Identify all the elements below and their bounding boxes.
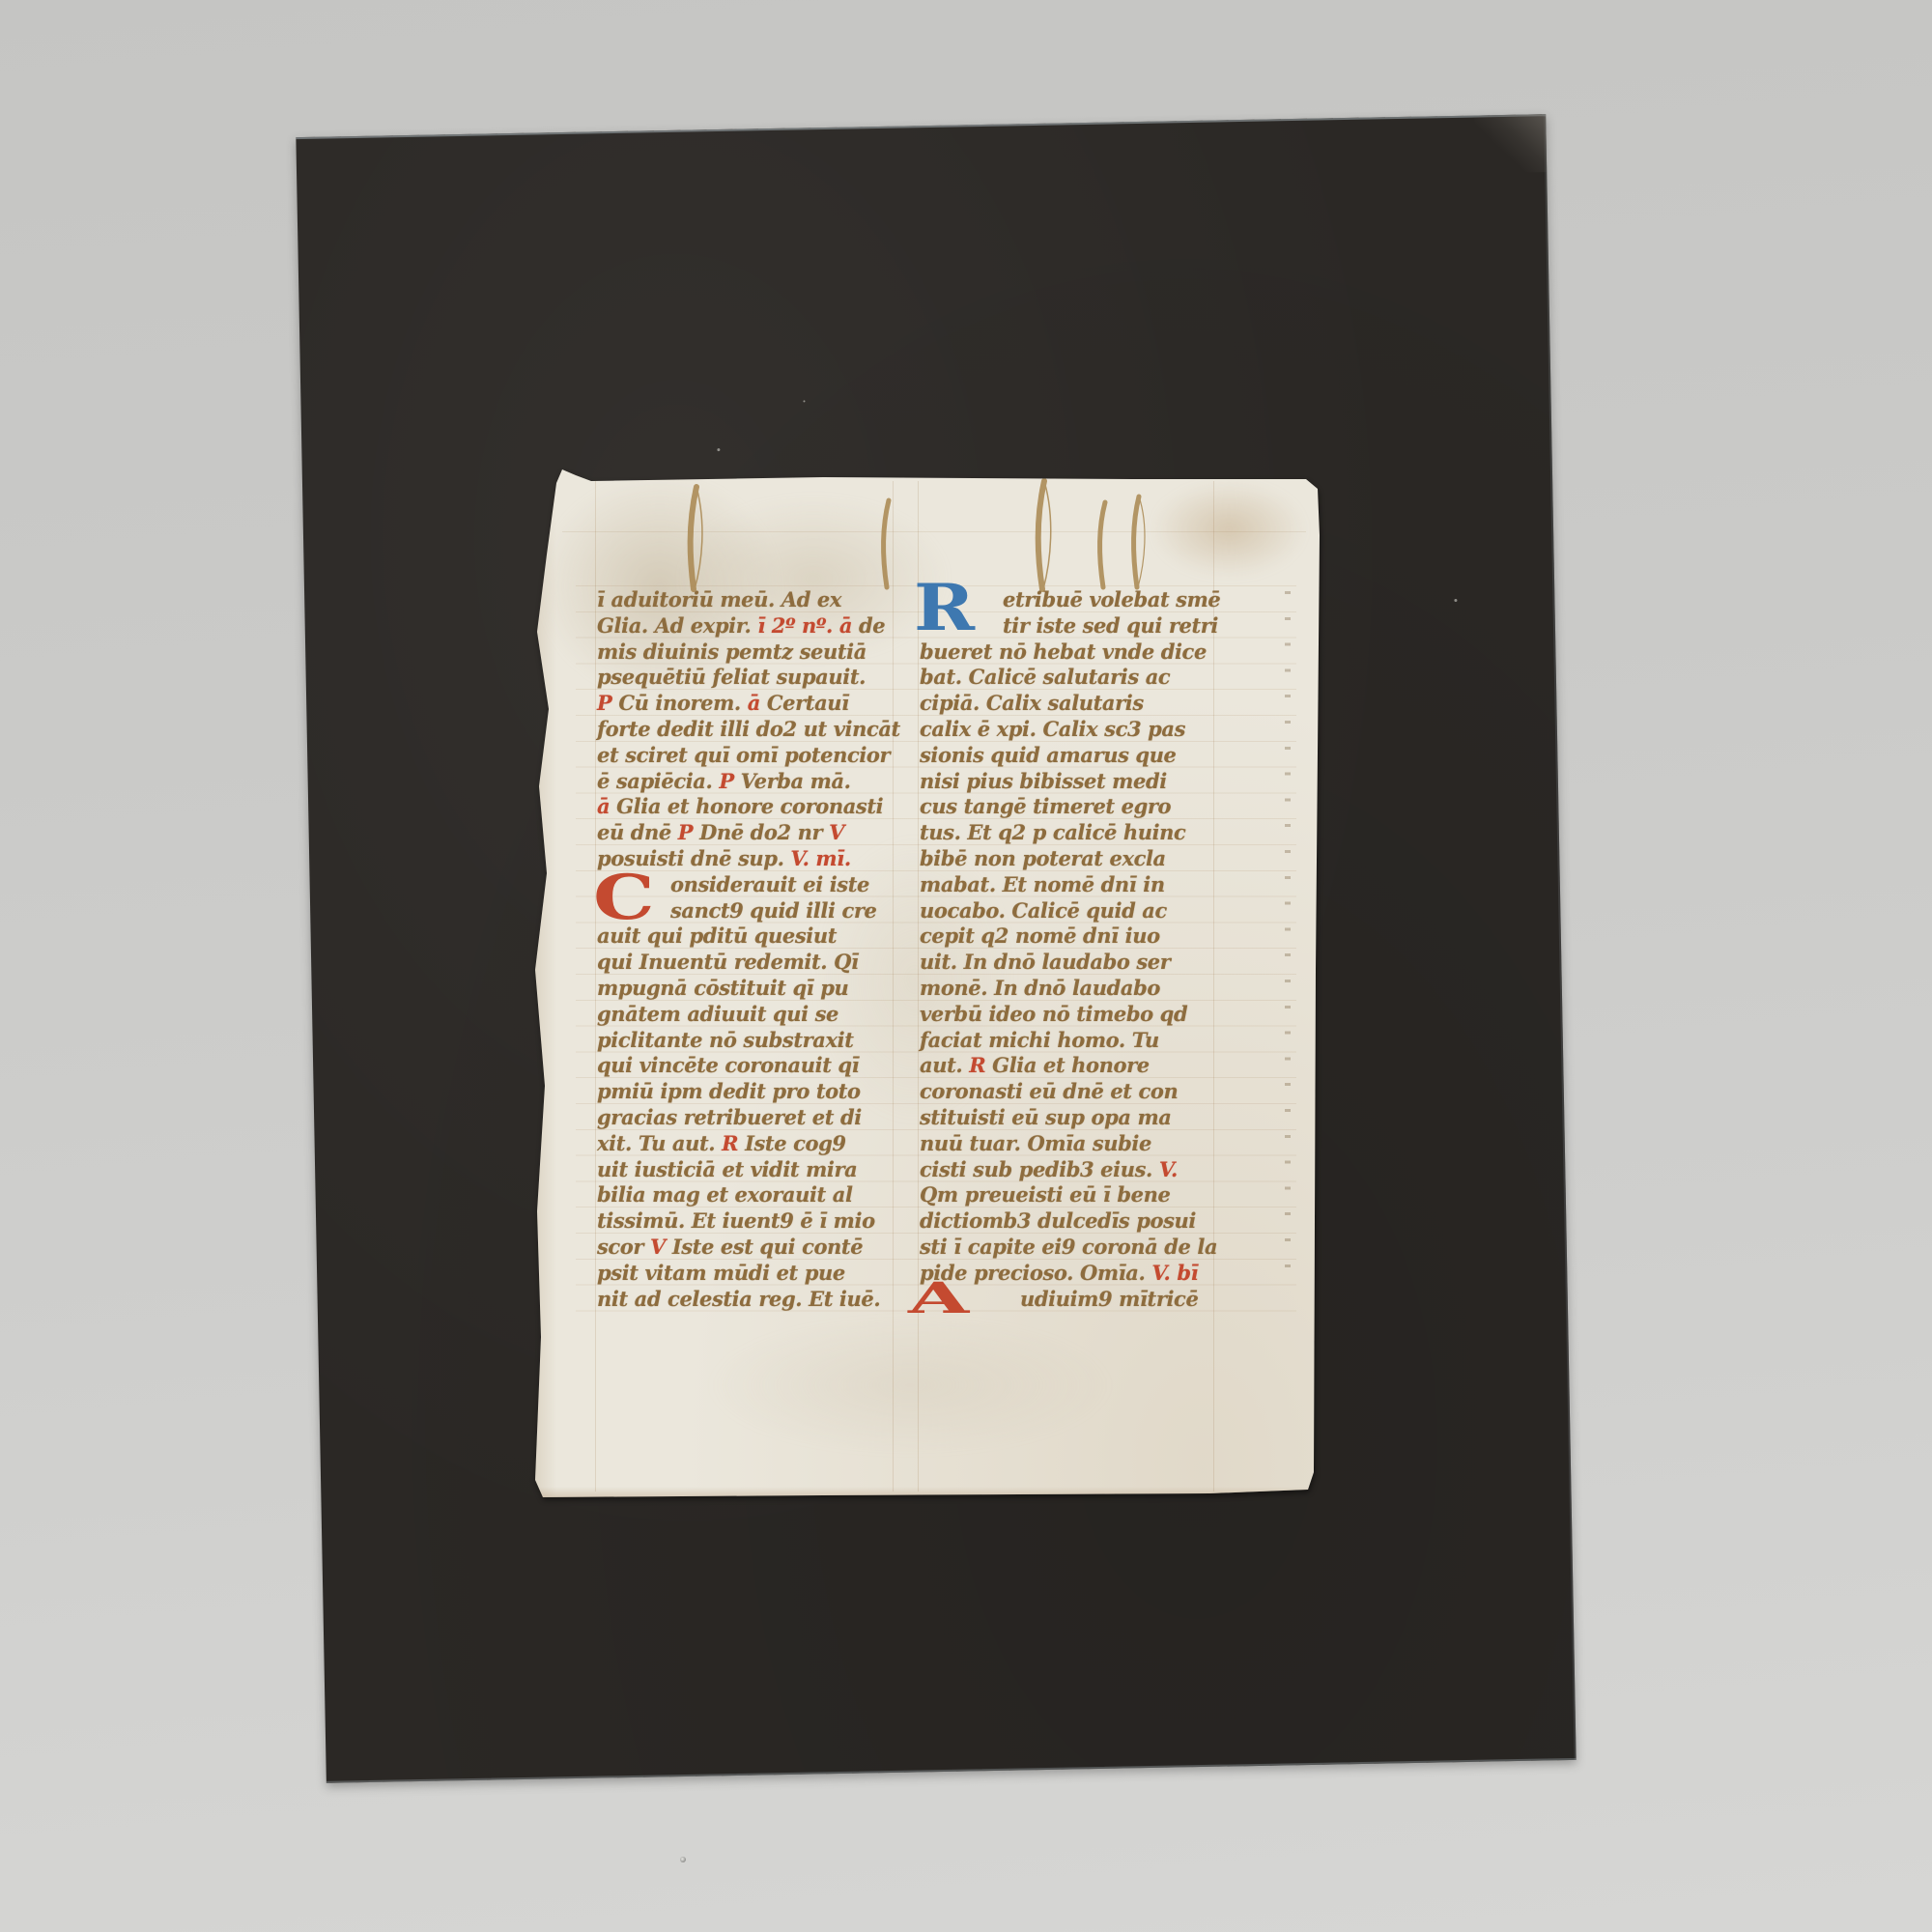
manuscript-line: cus tangē timeret egro: [920, 794, 1217, 820]
manuscript-line: ē sapiēcia. P Verba mā.: [597, 769, 895, 795]
manuscript-line: piclitante nō substraxit: [597, 1028, 895, 1054]
manuscript-text-segment: P: [597, 691, 618, 715]
manuscript-line: uocabo. Calicē quid ac: [920, 898, 1217, 924]
manuscript-line: forte dedit illi do2 ut vincāt: [597, 717, 895, 743]
manuscript-text-segment: nisi pius bibisset medi: [920, 769, 1167, 793]
manuscript-line: Qm preueisti eū ī bene: [920, 1182, 1217, 1208]
manuscript-text-segment: Iste est qui contē: [672, 1235, 863, 1259]
manuscript-line: mis diuinis pemtz seutiā: [597, 639, 895, 666]
manuscript-text-segment: etribuē volebat smē: [1003, 587, 1220, 611]
manuscript-line: verbū ideo nō timebo qd: [920, 1002, 1217, 1028]
manuscript-text-segment: tus. Et q2 p calicē huinc: [920, 820, 1185, 844]
manuscript-line: ā Glia et honore coronasti: [597, 794, 895, 820]
manuscript-line: uit iusticiā et vidit mira: [597, 1157, 895, 1183]
background-speck: [680, 1857, 686, 1862]
manuscript-text-segment: sti ī capite ei9 coronā de la: [920, 1235, 1217, 1259]
manuscript-line: eū dnē P Dnē do2 nr V: [597, 820, 895, 846]
manuscript-text-segment: tir iste sed qui retri: [1003, 613, 1218, 638]
manuscript-line: psit vitam mūdi et pue: [597, 1261, 895, 1287]
manuscript-text-segment: verbū ideo nō timebo qd: [920, 1002, 1187, 1026]
dust-speck: [717, 448, 720, 451]
manuscript-line: tissimū. Et iuent9 ē ī mio: [597, 1208, 895, 1235]
manuscript-text-segment: V.: [1159, 1157, 1178, 1181]
manuscript-text-segment: Cū inorem.: [618, 691, 747, 715]
manuscript-text-segment: eū dnē: [597, 820, 678, 844]
manuscript-line: ī aduitoriū meū. Ad ex: [597, 587, 895, 613]
manuscript-text-segment: Verba mā.: [741, 769, 851, 793]
manuscript-line: cisti sub pedib3 eius. V.: [920, 1157, 1217, 1183]
manuscript-text-segment: V: [650, 1235, 672, 1259]
manuscript-text-segment: udiuim9 mītricē: [1020, 1287, 1198, 1311]
manuscript-text-segment: psequētiū feliat supauit.: [597, 665, 866, 689]
manuscript-text-segment: ī 2º nº. ā: [757, 613, 859, 638]
manuscript-text-segment: Iste cog9: [745, 1131, 846, 1155]
manuscript-text-segment: cisti sub pedib3 eius.: [920, 1157, 1159, 1181]
manuscript-text-segment: ā: [597, 794, 616, 818]
manuscript-text-segment: pmiū ipm dedit pro toto: [597, 1079, 861, 1103]
manuscript-text-segment: monē. In dnō laudabo: [920, 976, 1160, 1000]
manuscript-line: nit ad celestia reg. Et iuē.: [597, 1287, 895, 1313]
manuscript-line: et sciret quī omī potencior: [597, 743, 895, 769]
manuscript-leaf: ī aduitoriū meū. Ad exGlia. Ad expir. ī …: [533, 468, 1321, 1499]
manuscript-text-segment: stituisti eū sup opa ma: [920, 1105, 1172, 1129]
manuscript-text-segment: bilia mag et exorauit al: [597, 1182, 853, 1207]
manuscript-text-segment: coronasti eū dnē et con: [920, 1079, 1178, 1103]
dust-speck: [1454, 599, 1457, 602]
manuscript-text-segment: faciat michi homo. Tu: [920, 1028, 1159, 1052]
manuscript-line: sti ī capite ei9 coronā de la: [920, 1235, 1217, 1261]
manuscript-line: uit. In dnō laudabo ser: [920, 950, 1217, 976]
manuscript-text-segment: bat. Calicē salutaris ac: [920, 665, 1170, 689]
manuscript-text-segment: gracias retribueret et di: [597, 1105, 862, 1129]
manuscript-text-segment: sionis quid amarus que: [920, 743, 1177, 767]
manuscript-line: sionis quid amarus que: [920, 743, 1217, 769]
manuscript-line: bibē non poterat excla: [920, 846, 1217, 872]
photo-scene: ī aduitoriū meū. Ad exGlia. Ad expir. ī …: [0, 0, 1932, 1932]
manuscript-text-segment: V. mī.: [790, 846, 850, 870]
manuscript-line: dictiomb3 dulcedīs posui: [920, 1208, 1217, 1235]
vellum-page: ī aduitoriū meū. Ad exGlia. Ad expir. ī …: [533, 468, 1321, 1499]
manuscript-line: nuū tuar. Omīa subie: [920, 1131, 1217, 1157]
manuscript-text-segment: de: [859, 613, 885, 638]
manuscript-line: coronasti eū dnē et con: [920, 1079, 1217, 1105]
manuscript-line: psequētiū feliat supauit.: [597, 665, 895, 691]
manuscript-text-segment: Glia et honore coronasti: [616, 794, 883, 818]
manuscript-text-segment: R: [722, 1131, 745, 1155]
manuscript-text-segment: bibē non poterat excla: [920, 846, 1166, 870]
manuscript-line: scor V Iste est qui contē: [597, 1235, 895, 1261]
manuscript-text-segment: cus tangē timeret egro: [920, 794, 1171, 818]
manuscript-text-segment: psit vitam mūdi et pue: [597, 1261, 845, 1285]
manuscript-line: gnātem adiuuit qui se: [597, 1002, 895, 1028]
manuscript-text-segment: cepit q2 nomē dnī iuo: [920, 923, 1160, 948]
manuscript-text-segment: et sciret quī omī potencior: [597, 743, 890, 767]
manuscript-text-segment: mabat. Et nomē dnī in: [920, 872, 1165, 896]
manuscript-text-segment: P: [678, 820, 699, 844]
manuscript-text-segment: qui Inuentū redemit. Qī: [597, 950, 859, 974]
manuscript-text-segment: mis diuinis pemtz seutiā: [597, 639, 867, 664]
manuscript-text-segment: piclitante nō substraxit: [597, 1028, 854, 1052]
manuscript-line: P Cū inorem. ā Certauī: [597, 691, 895, 717]
manuscript-line: mabat. Et nomē dnī in: [920, 872, 1217, 898]
manuscript-line: aut. R Glia et honore: [920, 1053, 1217, 1079]
dust-speck: [803, 400, 805, 402]
manuscript-text-segment: sanct9 quid illi cre: [670, 898, 876, 923]
manuscript-text-segment: nuū tuar. Omīa subie: [920, 1131, 1151, 1155]
manuscript-text-segment: gnātem adiuuit qui se: [597, 1002, 838, 1026]
manuscript-text-segment: uit. In dnō laudabo ser: [920, 950, 1170, 974]
manuscript-line: mpugnā cōstituit qī pu: [597, 976, 895, 1002]
manuscript-text-segment: uocabo. Calicē quid ac: [920, 898, 1167, 923]
manuscript-text-segment: qui vincēte coronauit qī: [597, 1053, 859, 1077]
drop-cap-C-red: C: [593, 873, 655, 923]
manuscript-line: cipiā. Calix salutaris: [920, 691, 1217, 717]
manuscript-line: stituisti eū sup opa ma: [920, 1105, 1217, 1131]
manuscript-line: monē. In dnō laudabo: [920, 976, 1217, 1002]
manuscript-line: cepit q2 nomē dnī iuo: [920, 923, 1217, 950]
manuscript-text-segment: uit iusticiā et vidit mira: [597, 1157, 857, 1181]
manuscript-text-segment: V. bī: [1151, 1261, 1198, 1285]
manuscript-line: nisi pius bibisset medi: [920, 769, 1217, 795]
manuscript-text-segment: onsiderauit ei iste: [670, 872, 869, 896]
manuscript-text-segment: Dnē do2 nr: [699, 820, 829, 844]
manuscript-text-segment: calix ē xpi. Calix sc3 pas: [920, 717, 1185, 741]
manuscript-text-segment: ī aduitoriū meū. Ad ex: [597, 587, 841, 611]
manuscript-text-segment: Glia et honore: [992, 1053, 1150, 1077]
manuscript-text-segment: aut.: [920, 1053, 969, 1077]
right-text-column: etribuē volebat smētir iste sed qui retr…: [920, 587, 1217, 1312]
manuscript-text-segment: nit ad celestia reg. Et iuē.: [597, 1287, 880, 1311]
manuscript-text-segment: Qm preueisti eū ī bene: [920, 1182, 1170, 1207]
manuscript-line: qui Inuentū redemit. Qī: [597, 950, 895, 976]
manuscript-text-segment: mpugnā cōstituit qī pu: [597, 976, 848, 1000]
manuscript-text-segment: cipiā. Calix salutaris: [920, 691, 1144, 715]
manuscript-line: qui vincēte coronauit qī: [597, 1053, 895, 1079]
manuscript-text-segment: Glia. Ad expir.: [597, 613, 757, 638]
manuscript-line: tus. Et q2 p calicē huinc: [920, 820, 1217, 846]
drop-cap-A-red: A: [908, 1285, 969, 1314]
manuscript-text-segment: ā: [748, 691, 767, 715]
manuscript-text-segment: dictiomb3 dulcedīs posui: [920, 1208, 1196, 1233]
manuscript-text-segment: Certauī: [767, 691, 849, 715]
manuscript-text-segment: scor: [597, 1235, 650, 1259]
drop-cap-R-blue: R: [914, 582, 975, 634]
manuscript-line: pmiū ipm dedit pro toto: [597, 1079, 895, 1105]
manuscript-line: Glia. Ad expir. ī 2º nº. ā de: [597, 613, 895, 639]
manuscript-line: gracias retribueret et di: [597, 1105, 895, 1131]
manuscript-line: faciat michi homo. Tu: [920, 1028, 1217, 1054]
manuscript-text-segment: V: [829, 820, 844, 844]
manuscript-line: bilia mag et exorauit al: [597, 1182, 895, 1208]
manuscript-text-segment: xit. Tu aut.: [597, 1131, 722, 1155]
manuscript-text-segment: R: [969, 1053, 992, 1077]
manuscript-text-segment: P: [719, 769, 740, 793]
left-text-column: ī aduitoriū meū. Ad exGlia. Ad expir. ī …: [597, 587, 895, 1312]
manuscript-line: bat. Calicē salutaris ac: [920, 665, 1217, 691]
manuscript-text-segment: forte dedit illi do2 ut vincāt: [597, 717, 900, 741]
mat-corner-crease: [1474, 114, 1547, 173]
manuscript-text-segment: ē sapiēcia.: [597, 769, 719, 793]
manuscript-text-segment: tissimū. Et iuent9 ē ī mio: [597, 1208, 875, 1233]
manuscript-line: xit. Tu aut. R Iste cog9: [597, 1131, 895, 1157]
manuscript-line: calix ē xpi. Calix sc3 pas: [920, 717, 1217, 743]
